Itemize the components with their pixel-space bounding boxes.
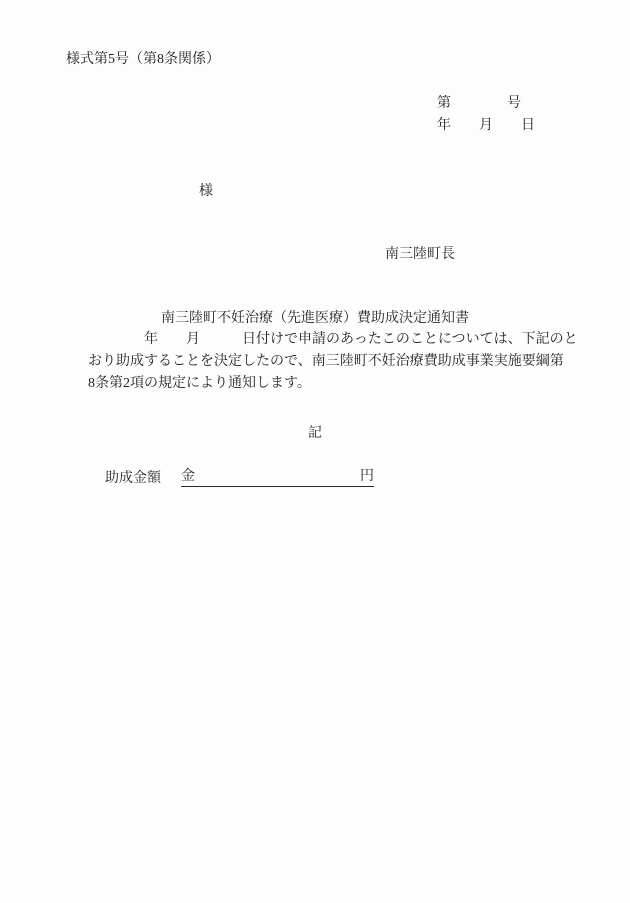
sender-title: 南三陸町長 xyxy=(385,243,455,263)
grant-amount-row: 助成金額 金 円 xyxy=(105,465,374,487)
currency-prefix: 金 xyxy=(181,465,195,485)
currency-suffix: 円 xyxy=(360,465,374,485)
date-blank: 年 月 日 xyxy=(437,114,535,134)
grant-amount-field: 金 円 xyxy=(181,465,374,487)
form-number: 様式第5号（第8条関係） xyxy=(66,48,220,68)
document-number-blank: 第 号 xyxy=(437,92,521,112)
body-paragraph: 年 月 日付けで申請のあったこのことについては、下記のと おり助成することを決定… xyxy=(88,329,588,395)
record-marker: 記 xyxy=(0,422,630,442)
addressee-honorific: 様 xyxy=(199,180,213,200)
document-page: 様式第5号（第8条関係） 第 号 年 月 日 様 南三陸町長 南三陸町不妊治療（… xyxy=(0,0,630,903)
grant-amount-label: 助成金額 xyxy=(105,467,161,487)
document-title: 南三陸町不妊治療（先進医療）費助成決定通知書 xyxy=(0,307,630,327)
